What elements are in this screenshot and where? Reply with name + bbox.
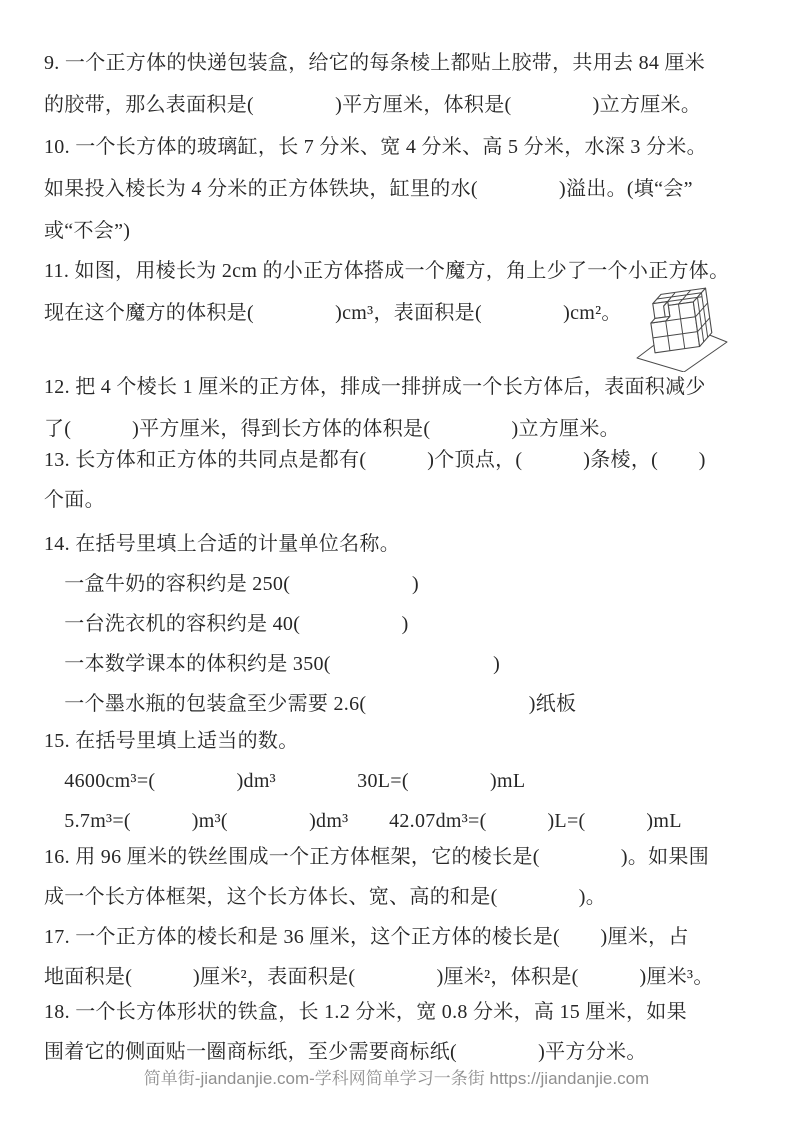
magic-cube-missing-corner-icon <box>628 276 732 372</box>
question-13: 13. 长方体和正方体的共同点是都有( )个顶点，( )条棱，( ) 个面。 <box>44 440 781 520</box>
question-9: 9. 一个正方体的快递包装盒，给它的每条棱上都贴上胶带，共用去 84 厘米 的胶… <box>44 42 781 126</box>
question-12: 12. 把 4 个棱长 1 厘米的正方体，排成一排拼成一个长方体后，表面积减少 … <box>44 366 781 450</box>
question-15: 15. 在括号里填上适当的数。 4600cm³=( )dm³ 30L=( )mL… <box>44 721 781 841</box>
footer-watermark: 简单街-jiandanjie.com-学科网简单学习一条街 https://ji… <box>0 1064 793 1089</box>
magic-cube-figure <box>628 276 732 372</box>
question-17: 17. 一个正方体的棱长和是 36 厘米，这个正方体的棱长是( )厘米，占 地面… <box>44 917 781 997</box>
cube-group <box>647 288 713 353</box>
question-10: 10. 一个长方体的玻璃缸，长 7 分米、宽 4 分米、高 5 分米，水深 3 … <box>44 126 781 252</box>
question-16: 16. 用 96 厘米的铁丝围成一个正方体框架，它的棱长是( )。如果围 成一个… <box>44 837 781 917</box>
question-18: 18. 一个长方体形状的铁盒，长 1.2 分米，宽 0.8 分米，高 15 厘米… <box>44 992 781 1072</box>
question-14: 14. 在括号里填上合适的计量单位名称。 一盒牛奶的容积约是 250( ) 一台… <box>44 524 781 724</box>
